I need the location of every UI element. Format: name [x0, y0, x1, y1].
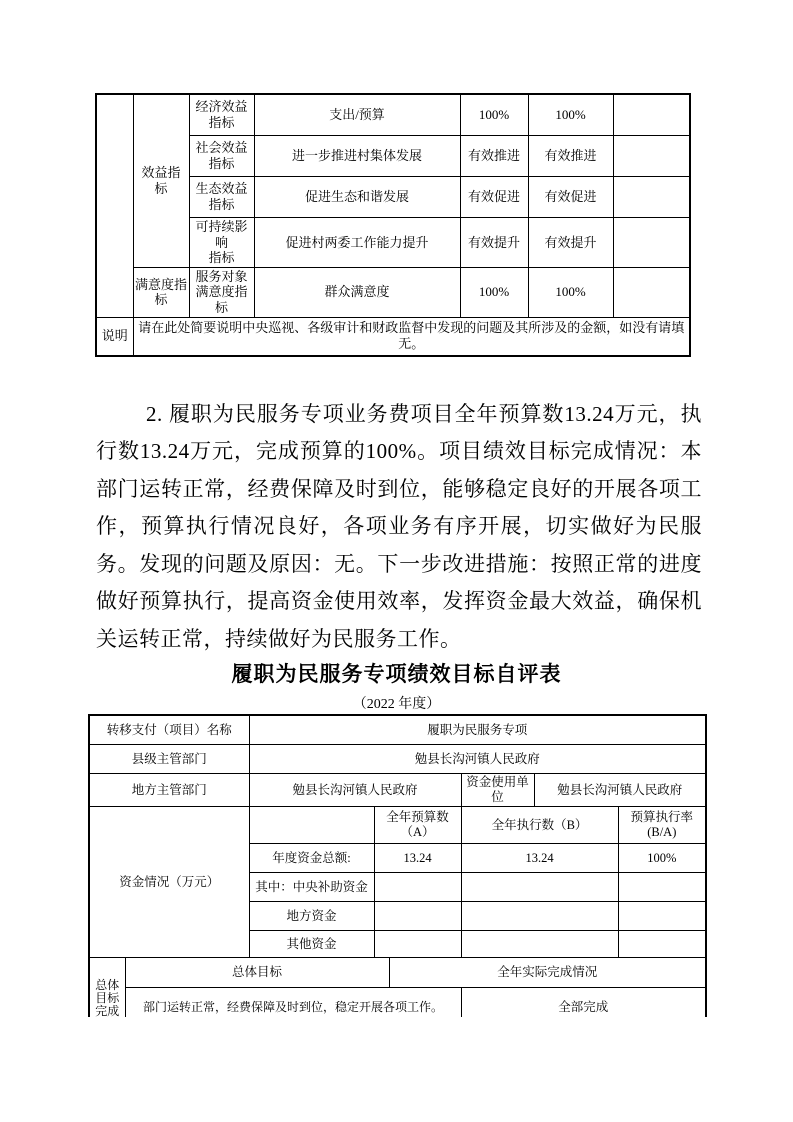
self-eval-table-wrapper: 转移支付（项目）名称 履职为民服务专项 县级主管部门 勉县长沟河镇人民政府 地方… [88, 714, 709, 1017]
funds-row-label-cell: 地方资金 [249, 902, 374, 931]
satisfaction-group-cell: 满意度指 标 [133, 267, 189, 317]
indicator-row-economic: 效益指标 经济效益 指标 支出/预算 100% 100% [96, 94, 690, 136]
actual-value-cell: 有效推进 [528, 136, 613, 177]
overall-actual-text-cell: 全部完成 [461, 988, 706, 1018]
funds-row-label-cell: 其他资金 [249, 931, 374, 958]
actual-value-cell: 有效提升 [528, 218, 613, 268]
rate-value-cell [618, 931, 706, 958]
transfer-name-label-cell: 转移支付（项目）名称 [89, 715, 249, 745]
budget-col-header-cell: 全年预算数（A） [374, 807, 461, 844]
target-value-cell: 有效促进 [460, 177, 528, 218]
county-dept-row: 县级主管部门 勉县长沟河镇人民政府 [89, 745, 706, 774]
actual-value-cell: 100% [528, 94, 613, 136]
indicator-name-cell: 促进生态和谐发展 [254, 177, 460, 218]
local-dept-row: 地方主管部门 勉县长沟河镇人民政府 资金使用单 位 勉县长沟河镇人民政府 [89, 774, 706, 807]
actual-value-cell: 有效促进 [528, 177, 613, 218]
budget-value-cell [374, 931, 461, 958]
satisfaction-indicator-cell: 服务对象 满意度指标 [189, 267, 254, 317]
indicator-name-cell: 进一步推进村集体发展 [254, 136, 460, 177]
overall-goal-text-cell: 部门运转正常，经费保障及时到位，稳定开展各项工作。 [125, 988, 461, 1018]
fund-user-label-cell: 资金使用单 位 [461, 774, 534, 807]
document-page: 效益指标 经济效益 指标 支出/预算 100% 100% 社会效益 指标 进一步… [0, 0, 793, 1122]
funds-empty-header-cell [249, 807, 374, 844]
target-value-cell: 100% [460, 267, 528, 317]
actual-value-cell: 100% [528, 267, 613, 317]
budget-value-cell: 13.24 [374, 844, 461, 873]
funds-label-cell: 资金情况（万元） [89, 807, 249, 958]
exec-value-cell [461, 931, 618, 958]
target-value-cell: 100% [460, 94, 528, 136]
local-dept-value-cell: 勉县长沟河镇人民政府 [249, 774, 461, 807]
note-cell [613, 94, 690, 136]
fund-user-value-cell: 勉县长沟河镇人民政府 [534, 774, 706, 807]
transfer-name-row: 转移支付（项目）名称 履职为民服务专项 [89, 715, 706, 745]
budget-value-cell [374, 902, 461, 931]
note-row: 说明 请在此处简要说明中央巡视、各级审计和财政监督中发现的问题及其所涉及的金额，… [96, 317, 690, 356]
target-value-cell: 有效提升 [460, 218, 528, 268]
county-dept-label-cell: 县级主管部门 [89, 745, 249, 774]
self-eval-table-title: 履职为民服务专项绩效目标自评表 [0, 660, 793, 688]
rate-col-header-cell: 预算执行率 (B/A) [618, 807, 706, 844]
exec-value-cell: 13.24 [461, 844, 618, 873]
summary-paragraph: 2. 履职为民服务专项业务费项目全年预算数13.24万元，执行数13.24万元，… [96, 396, 702, 659]
funds-row-label-cell: 年度资金总额: [249, 844, 374, 873]
self-eval-table: 转移支付（项目）名称 履职为民服务专项 县级主管部门 勉县长沟河镇人民政府 地方… [88, 714, 707, 1017]
funds-row-label-cell: 其中：中央补助资金 [249, 873, 374, 902]
indicator-row-satisfaction: 满意度指 标 服务对象 满意度指标 群众满意度 100% 100% [96, 267, 690, 317]
county-dept-value-cell: 勉县长沟河镇人民政府 [249, 745, 706, 774]
note-cell [613, 177, 690, 218]
target-value-cell: 有效推进 [460, 136, 528, 177]
overall-side-label-cell: 总体 目标 完成 情况 [89, 958, 125, 1018]
funds-header-row: 资金情况（万元） 全年预算数（A） 全年执行数（B） 预算执行率 (B/A) [89, 807, 706, 844]
note-cell [613, 136, 690, 177]
rate-value-cell [618, 902, 706, 931]
overall-actual-header-cell: 全年实际完成情况 [389, 958, 706, 988]
rate-value-cell [618, 873, 706, 902]
exec-value-cell [461, 873, 618, 902]
overall-goal-header-cell: 总体目标 [125, 958, 389, 988]
exec-value-cell [461, 902, 618, 931]
note-label-cell: 说明 [96, 317, 133, 356]
exec-col-header-cell: 全年执行数（B） [461, 807, 618, 844]
rate-value-cell: 100% [618, 844, 706, 873]
note-text-cell: 请在此处简要说明中央巡视、各级审计和财政监督中发现的问题及其所涉及的金额，如没有… [133, 317, 690, 356]
left-spacer-cell [96, 94, 133, 317]
social-indicator-cell: 社会效益 指标 [189, 136, 254, 177]
economic-indicator-cell: 经济效益 指标 [189, 94, 254, 136]
note-cell [613, 267, 690, 317]
note-cell [613, 218, 690, 268]
indicator-name-cell: 支出/预算 [254, 94, 460, 136]
ecological-indicator-cell: 生态效益 指标 [189, 177, 254, 218]
performance-indicator-table: 效益指标 经济效益 指标 支出/预算 100% 100% 社会效益 指标 进一步… [95, 93, 691, 357]
transfer-name-value-cell: 履职为民服务专项 [249, 715, 706, 745]
self-eval-table-year: （2022 年度） [0, 696, 793, 714]
budget-value-cell [374, 873, 461, 902]
overall-header-row: 总体 目标 完成 情况 总体目标 全年实际完成情况 [89, 958, 706, 988]
sustainable-indicator-cell: 可持续影响 指标 [189, 218, 254, 268]
indicator-name-cell: 促进村两委工作能力提升 [254, 218, 460, 268]
overall-content-row: 部门运转正常，经费保障及时到位，稳定开展各项工作。 全部完成 [89, 988, 706, 1018]
benefit-group-cell: 效益指标 [133, 94, 189, 267]
indicator-name-cell: 群众满意度 [254, 267, 460, 317]
local-dept-label-cell: 地方主管部门 [89, 774, 249, 807]
